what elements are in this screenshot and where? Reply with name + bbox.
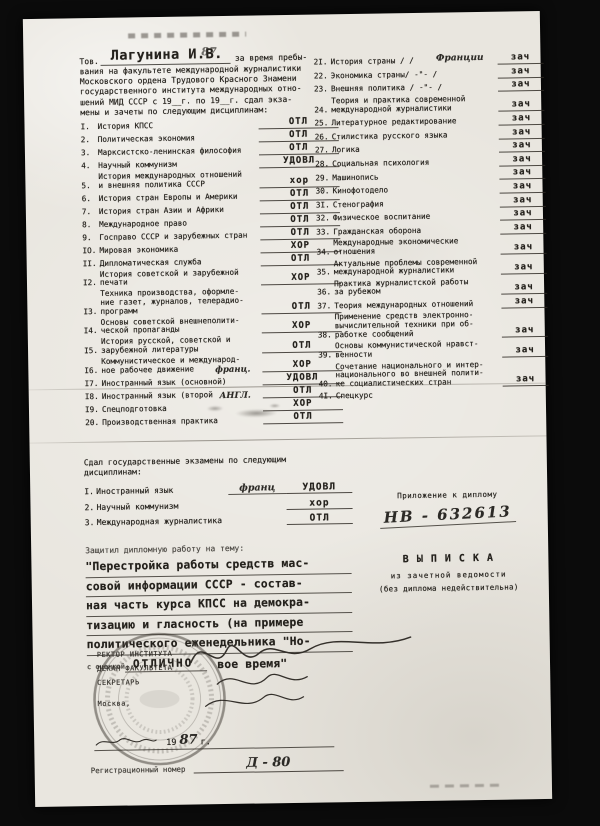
subject-label: Стилистика русского языка	[332, 130, 499, 141]
exam-row: 2. Научный коммунизм хор	[84, 497, 352, 512]
signatures	[182, 621, 424, 725]
subject-number: 30.	[316, 187, 333, 196]
subject-label: Техника производства, оформле- ние газет…	[100, 288, 261, 317]
subject-row: 29. Машинопись зач	[315, 168, 545, 183]
subject-grade: зач	[497, 53, 543, 65]
handwritten-year-value: 87	[179, 732, 197, 747]
subject-number: 26.	[315, 133, 332, 142]
subjects-column-left: I. История КПСС ОТЛ 2. Политическая экон…	[80, 117, 343, 429]
photocopy-smudge-bottom	[430, 784, 500, 788]
subject-grade: зач	[499, 141, 545, 153]
subject-label: Международное право	[99, 218, 260, 229]
subject-label: Теория международных отношений	[334, 300, 501, 311]
subject-row: 4I. Спецкурс	[319, 389, 549, 401]
subject-number: 24.	[314, 106, 331, 115]
subject-number: 3I.	[316, 201, 333, 210]
subject-number: 25.	[314, 119, 331, 128]
subject-label: Применение средств электронно- вычислите…	[335, 311, 502, 340]
appendix-block: Приложение к диплому НВ - 632613 В Ы П И…	[358, 489, 538, 594]
subject-number: 36.	[317, 289, 334, 298]
subject-row: 26. Стилистика русского языка зач	[315, 127, 545, 142]
subject-label: Практика журналистской работы за рубежом	[334, 277, 501, 297]
subject-number: I3.	[83, 308, 100, 317]
subject-number: I2.	[83, 279, 100, 288]
subject-number: 2.	[81, 136, 98, 145]
subject-number: 33.	[316, 228, 333, 237]
subject-number: 39.	[318, 351, 335, 360]
subject-row: 32. Физическое воспитание зач	[316, 209, 546, 224]
subject-grade: зач	[499, 182, 545, 194]
subject-label: Литературное редактирование	[331, 117, 498, 128]
subject-grade: зач	[498, 67, 544, 79]
salutation-label: Тов.	[79, 57, 98, 66]
subject-grade: зач	[499, 168, 545, 180]
subject-row: 25. Литературное редактирование зач	[314, 114, 544, 129]
subject-label: История советской и зарубежной печати	[100, 268, 261, 288]
handwritten-note: АНГЛ.	[219, 391, 250, 400]
intro-tail-text: за время пребы-	[235, 53, 307, 64]
subject-label: История международных отношений и внешня…	[98, 170, 259, 190]
subject-number: 27.	[315, 147, 332, 156]
subject-label: Мировая экономика	[99, 244, 260, 255]
subject-row: 38. Применение средств электронно- вычис…	[318, 310, 548, 340]
subject-row: I5. История русской, советской и зарубеж…	[84, 334, 342, 356]
subject-grade: зач	[502, 346, 548, 358]
subject-number: I8.	[85, 392, 102, 401]
subject-row: 35. Актуальные проблемы современной межд…	[317, 256, 547, 277]
registration-number: Д - 80	[193, 754, 343, 773]
vypiska-subtitle: из зачетной ведомости	[360, 569, 538, 581]
subject-label: Основы коммунистической нравст- венности	[335, 340, 502, 360]
subject-number: 2I.	[314, 58, 331, 67]
subject-grade: зач	[503, 375, 549, 387]
subject-number: I5.	[84, 347, 101, 356]
subject-number: 4I.	[319, 392, 336, 401]
subject-label: Машинопись	[332, 171, 499, 182]
diploma-number: НВ - 632613	[379, 502, 516, 529]
vypiska-note: (без диплома недействительна)	[360, 582, 538, 594]
subject-row: 39. Основы коммунистической нравст- венн…	[318, 339, 548, 360]
subject-number: 6.	[82, 195, 99, 204]
subject-grade	[503, 395, 549, 398]
exam-row: I. Иностранный язык франц УДОВЛ	[84, 482, 352, 497]
subject-number: I4.	[84, 327, 101, 336]
exam-label: Иностранный язык	[96, 485, 228, 497]
subject-row: 37. Теория международных отношений зач	[317, 297, 547, 312]
year-suffix: г.	[200, 737, 210, 747]
subject-label: Физическое воспитание	[333, 212, 500, 223]
handwritten-note: франц.	[215, 365, 250, 374]
subject-grade: зач	[501, 297, 547, 309]
subject-label: История русской, советской и зарубежной …	[101, 336, 262, 356]
subject-label: История КПСС	[97, 121, 258, 132]
scanned-transcript-photo: { "colors":{"paper":"#e9e6df","ink":"#24…	[0, 0, 600, 826]
state-exams-section: Сдал государственные экзамены по следующ…	[84, 454, 353, 533]
subject-label: Теория и практика современной международ…	[331, 94, 498, 114]
subject-grade: зач	[500, 195, 546, 207]
subject-row: 30. Кинофотодело зач	[315, 182, 545, 197]
subject-number: II.	[83, 260, 100, 269]
state-exams-heading: Сдал государственные экзамены по следующ…	[84, 454, 352, 478]
subject-label: Госправо СССР и зарубежных стран	[99, 231, 260, 242]
subject-grade: зач	[501, 283, 547, 295]
subject-row: 33. Гражданская оборона зач	[316, 223, 546, 238]
exam-grade: хор	[286, 497, 352, 509]
vypiska-title: В Ы П И С К А	[359, 552, 537, 566]
subject-number: I.	[80, 123, 97, 132]
subject-number: 20.	[85, 418, 102, 427]
subject-row: I4. Основы советской внешнеполити- ческо…	[84, 315, 342, 337]
subject-row: 27. Логика зач	[315, 141, 545, 156]
subject-number: I6.	[84, 366, 101, 375]
subject-row: 28. Социальная психология зач	[315, 155, 545, 170]
subject-grade: зач	[500, 209, 546, 221]
subject-grade: зач	[498, 100, 544, 112]
handwritten-date-scribble	[94, 734, 158, 749]
subject-label: Марксистско-ленинская философия	[98, 147, 259, 158]
subject-number: 8.	[82, 221, 99, 230]
registration-row: Регистрационный номер Д - 80	[90, 754, 343, 775]
subject-number: 28.	[315, 160, 332, 169]
document-page: Тов. Лагунина И.В. за время пребы- вания…	[23, 11, 552, 807]
photocopy-smudge-middle	[192, 402, 284, 421]
handwritten-note: франц	[228, 483, 286, 495]
intro-paragraph: вания на факультете международной журнал…	[80, 63, 343, 118]
subject-grade: зач	[502, 326, 548, 338]
subject-grade: зач	[501, 263, 547, 275]
subject-label: История стран Азии и Африки	[99, 205, 260, 216]
subjects-column-right: 2I. История страны / / Франции зач 22. Э…	[313, 53, 548, 404]
date-row: 19 87 г.	[94, 730, 334, 751]
exam-number: 3.	[85, 518, 97, 528]
exam-number: 2.	[84, 503, 96, 513]
subject-label: Внешняя политика / -"- /	[331, 83, 498, 94]
subject-label: Международные экономические отношения	[333, 237, 500, 257]
subject-number: 3.	[81, 149, 98, 158]
subject-row: 24. Теория и практика современной междун…	[314, 94, 544, 115]
subject-number: 34.	[316, 248, 333, 257]
subject-row: I3. Техника производства, оформле- ние г…	[83, 286, 341, 316]
exam-label: Международная журналистика	[97, 515, 287, 528]
subject-label: Актуальные проблемы современной междунар…	[334, 257, 501, 277]
exam-grade: ОТЛ	[287, 513, 353, 525]
fold-crease-line	[29, 435, 546, 443]
handwritten-year: 87	[201, 45, 217, 58]
exam-label: Научный коммунизм	[96, 500, 286, 513]
subject-label: Экономика страны/ -"- /	[331, 69, 498, 80]
subject-number: 29.	[315, 174, 332, 183]
registration-label: Регистрационный номер	[91, 765, 186, 775]
subject-label: Стенография	[333, 198, 500, 209]
subject-grade: зач	[498, 80, 544, 92]
subject-grade: зач	[499, 127, 545, 139]
subject-number: I7.	[85, 379, 102, 388]
subject-number: 38.	[318, 331, 335, 340]
subject-grade: зач	[499, 155, 545, 167]
exam-grade: УДОВЛ	[286, 482, 352, 494]
subject-number: 22.	[314, 72, 331, 81]
state-exams-list: I. Иностранный язык франц УДОВЛ 2. Научн…	[84, 482, 353, 528]
subject-label: Кинофотодело	[333, 185, 500, 196]
subject-row: 34. Международные экономические отношени…	[316, 236, 546, 257]
subject-row: 36. Практика журналистской работы за руб…	[317, 277, 547, 298]
photocopy-smudge-top	[128, 32, 246, 39]
subject-label: Спецкурс	[336, 389, 503, 400]
subject-number: 5.	[81, 182, 98, 191]
subject-label: Гражданская оборона	[333, 226, 500, 237]
subject-grade: зач	[500, 223, 546, 235]
subject-number: I9.	[85, 405, 102, 414]
subject-grade: зач	[498, 114, 544, 126]
handwritten-note: Франции	[436, 54, 484, 64]
subject-label: Социальная психология	[332, 158, 499, 169]
subject-row: 22. Экономика страны/ -"- / зач	[314, 67, 544, 82]
exam-number: I.	[84, 487, 96, 497]
subject-label: История стран Европы и Америки	[99, 192, 260, 203]
subject-number: IO.	[82, 247, 99, 256]
thesis-heading: Защитил дипломную работу на тему:	[85, 542, 351, 555]
exam-row: 3. Международная журналистика ОТЛ	[85, 513, 353, 528]
subject-label: Основы советской внешнеполити- ческой пр…	[101, 316, 262, 336]
subject-row: 2I. История страны / / Франции зач	[313, 53, 543, 68]
subject-number: 23.	[314, 86, 331, 95]
subject-grade: зач	[500, 243, 546, 255]
year-prefix: 19	[166, 738, 176, 748]
subject-row: 5. История международных отношений и вне…	[81, 169, 339, 191]
subject-number: 32.	[316, 215, 333, 224]
subject-row: I2. История советской и зарубежной печат…	[83, 267, 341, 289]
subject-label: Политическая экономия	[98, 134, 259, 145]
subject-number: 7.	[82, 208, 99, 217]
subject-number: 9.	[82, 234, 99, 243]
subject-number: 4.	[81, 162, 98, 171]
subject-number: 37.	[317, 302, 334, 311]
subject-number: 35.	[317, 269, 334, 278]
subject-label: Логика	[332, 144, 499, 155]
subject-row: 3I. Стенография зач	[316, 195, 546, 210]
subject-row: 23. Внешняя политика / -"- / зач	[314, 80, 544, 95]
